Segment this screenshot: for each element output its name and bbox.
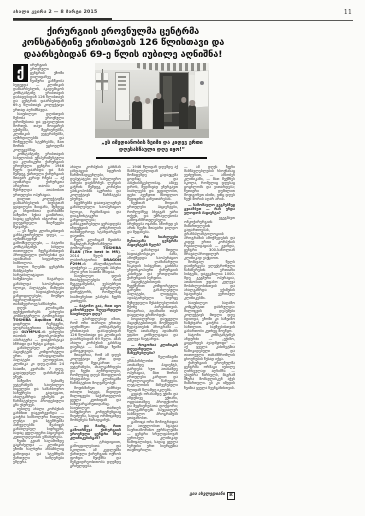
photo-floor — [95, 129, 209, 138]
body-paragraph: — უპირველესად იმით, რომ ორი თარიღი ერთად… — [70, 317, 121, 353]
body-paragraph: საზეიმო სესიაზე ვეტერანებს საიუბილეო სიგ… — [13, 379, 64, 407]
caption-rule — [96, 157, 207, 160]
headline-line-1: ქირურგიის ეროვნულმა ცენტრმა — [3, 26, 243, 37]
drop-cap: ქ — [13, 64, 28, 82]
body-paragraph: ქირურგიის ეროვნული ცენტრის ეზოში დილიდან… — [13, 63, 64, 112]
white-flag-front — [195, 71, 208, 108]
body-paragraph: მოვისმინეთ უამრავი თბილი სიტყვა, მივიღეთ… — [70, 386, 121, 422]
end-of-article-mark: R — [227, 492, 235, 500]
interview-question: — რა სიახლეები შესთავაზა ცენტრმა პაციენტ… — [127, 235, 178, 247]
body-paragraph: ჩვენთან მოდიან ურთულესი პაციენტები, რომლ… — [127, 201, 178, 233]
body-paragraph: გამოიცა ორი მონოგრაფია და ათეულობით სტატ… — [127, 420, 178, 452]
body-paragraph: მომავალ წელს დაინერგება ელექტრონული ჩანა… — [184, 260, 235, 300]
door-leaf — [163, 76, 172, 122]
body-column-4: — ამ დღეს ჩვენი მასწავლებლების ხსოვნასაც… — [184, 165, 235, 491]
body-paragraph: ახალი კორპუსის გახსნას ჯანდაცვის სფეროს … — [70, 165, 121, 201]
photo-caption: „ეს იმედიანობის ზეიმი და კიდევ ერთი დღეს… — [94, 140, 210, 153]
body-paragraph: განახლებულ კორპუსში პაციენტებს კომფორტულ… — [13, 346, 64, 378]
person-silhouette-ribbon-cutter — [153, 98, 164, 133]
body-paragraph: მთავარია, რომ ამ დღეს კოლექტივი ერთ დიდ … — [70, 353, 121, 385]
body-column-3: — 1946 წლიდან დღემდე აქ მასწავლებლიდან მ… — [127, 165, 178, 512]
body-paragraph: — ამ დღეს ჩვენი მასწავლებლების ხსოვნასაც… — [184, 165, 235, 201]
caption-line-1: „ეს იმედიანობის ზეიმი და კიდევ ერთი — [94, 140, 210, 147]
body-column-1: ქირურგიის ეროვნული ცენტრის ეზოში დილიდან… — [13, 63, 64, 491]
flag-emblem — [200, 81, 204, 85]
body-paragraph: — განახლდა მთელი სადიაგნოსტიკო ბაზა, ამო… — [127, 248, 178, 280]
body-paragraph: ბატონი კონსტანტინეს ანდერძი — „ექიმო, გი… — [184, 333, 235, 361]
author-name: გია ახვლედიანი — [190, 491, 225, 496]
headline-line-3: დაარსებიდან 69-ე წლის იუბილე აღნიშნა! — [3, 49, 243, 60]
body-paragraph: დილით კოლექტივმა დამაარსებლის ბიუსტთან ყ… — [13, 197, 64, 229]
author-signature: გია ახვლედიანიR — [184, 491, 235, 500]
body-paragraph: ბოლო წლებში ცენტრში მასშტაბური სარეაბილი… — [13, 265, 64, 305]
newspaper-page: ახალი კვირა 2 — 8 მარტი 2015 11 ქირურგიი… — [0, 0, 365, 516]
body-paragraph: — წელიწადში ვმასპინძლობთ ათი ათასამდე პა… — [127, 355, 178, 391]
interview-question: — და მაინც, რით გამოირჩევა ქირურგიის ერო… — [70, 424, 121, 440]
article-headline: ქირურგიის ეროვნულმა ცენტრმა კონსტანტინე … — [3, 26, 243, 60]
body-paragraph: — 1946 წლიდან დღემდე აქ მასწავლებლიდან მ… — [127, 165, 178, 201]
body-paragraph: — ტრადიციით, გამოცდილებითა და სკოლით. ამ… — [70, 440, 121, 468]
caption-line-2: დღესასწაული დღე იყო!“ — [94, 147, 210, 154]
body-paragraph: კონსტანტინე ერისთავის სახელობის ექსპერიმ… — [13, 152, 64, 197]
body-column-2: ახალი კორპუსის გახსნას ჯანდაცვის სფეროს … — [70, 165, 121, 515]
interview-question: — ბატონო გია, რით იყო გამორჩეული წლევანდ… — [70, 304, 121, 316]
body-paragraph: დღეს კლინიკაში ფუნქციონირებს უახლესი კომ… — [13, 306, 64, 346]
rollup-banner — [115, 72, 130, 121]
banner-logos — [118, 76, 126, 78]
interview-question: — როგორია კლინიკის დღევანდელი მაჩვენებლე… — [127, 343, 178, 355]
body-paragraph: პაციენტებისთვის შევქმენით კომფორტული გარ… — [127, 280, 178, 316]
article-photo — [95, 63, 209, 138]
page-number: 11 — [344, 8, 352, 16]
headline-line-2: კონსტანტინე ერისთავის 126 წლისთავი და — [3, 37, 243, 48]
body-paragraph: სტუმრებმა დაათვალიერეს განახლებული საოპე… — [70, 201, 121, 237]
body-paragraph: ზეიმი გვიან საღამომდე გაგრძელდა — კლინიკ… — [13, 439, 64, 463]
body-paragraph: წელს კლინიკამ შეიძინა მაგნიტურ-რეზონანსუ… — [70, 238, 121, 274]
georgian-flag — [96, 73, 108, 90]
body-paragraph: საიუბილეო დღისთვის შენობა ეროვნული დროშე… — [13, 112, 64, 152]
body-paragraph: სოციალურად დაუცველი პაციენტებისთვის მოქმ… — [127, 317, 178, 341]
body-paragraph: — ეს ჩვენი კლინიკისთვის განსაკუთრებული დ… — [13, 229, 64, 265]
body-paragraph: საიუბილეო დღის შთაბეჭდილებები რომ შეგვეჯ… — [70, 274, 121, 302]
body-paragraph: იუბილე ახალი კორპუსის გახსნით დაგვირგვინ… — [13, 407, 64, 439]
header-rule-thin — [13, 20, 353, 21]
body-paragraph: საიუბილეო საღამო კონცერტით დასრულდა: მილ… — [184, 301, 235, 333]
body-paragraph: ქირურგიის ეროვნულმა ცენტრმა ორმაგი იუბილ… — [184, 361, 235, 389]
interview-question: — სამომავლო გეგმებზეც გვიამბეთ — რას უნდ… — [184, 203, 235, 215]
body-paragraph: გვყავს ორასამდე ექიმი და ამდენივე ექთანი… — [127, 392, 178, 420]
body-paragraph: — ვგეგმავთ ონკოქირურგიის მიმართულების გა… — [184, 216, 235, 261]
masthead-dateline: ახალი კვირა 2 — 8 მარტი 2015 — [13, 10, 97, 15]
